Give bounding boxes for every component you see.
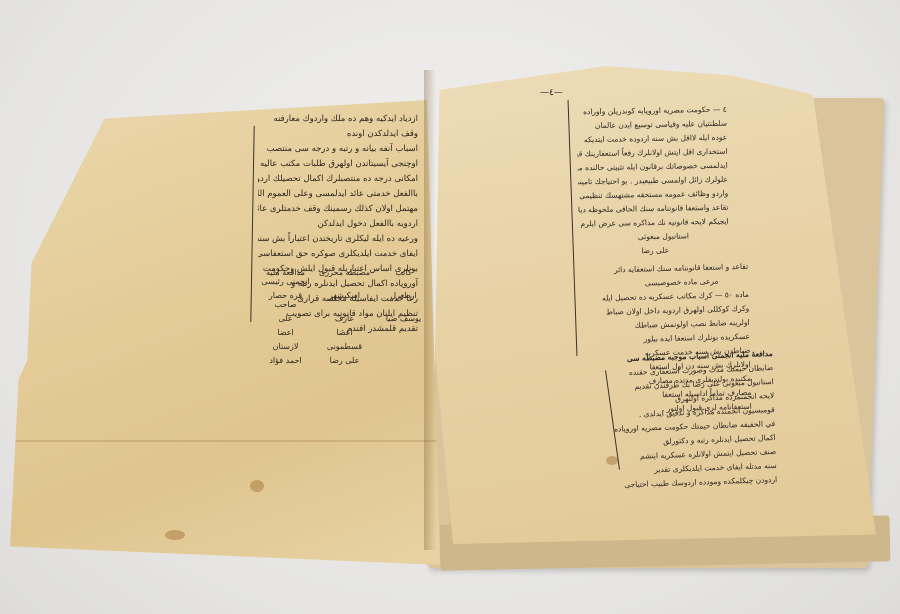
text-line: مهتمل اولان كذلك رسمينك وقف خدمتلرى عائد… [258,202,418,217]
signature-line: على رضا [579,243,729,260]
signature-name: قره حصار صاحب [258,291,313,309]
text-line: وقف ايدلدكدن اونده [258,127,418,142]
signature-title: مدافعۀ مليه انجمنى رئيسى [258,268,313,286]
text-line: ورعيه ده ايله ليكلرى تاريخندن اعتباراً ب… [258,232,418,247]
stain [250,480,264,492]
signature-name: على [258,314,313,323]
text-line: ايفاى خدمت ايلديكلرى صوكره حق استعفاسى [258,247,418,262]
signature-name: عارف [317,314,372,323]
text-line: باالفعل خدمتى عائد ايدلمسى وعلى العموم ا… [258,187,418,202]
signature-title: كاتب [376,268,431,286]
signature-name: احمد فؤاد [258,356,313,365]
text-line: اسباب آنفه بيانه و رتبه و درجه سى منتصب [258,142,418,157]
signature-name [376,328,431,337]
signature-name: يوسف ضيا [376,314,431,323]
signature-name: ارطغرل [376,291,431,309]
stain [165,530,185,540]
left-page-signatures: كاتب مضبطه محررى مدافعۀ مليه انجمنى رئيس… [258,268,431,365]
right-page-section-3: مدافعۀ مليه انجمنى اسباب موجبه مضبطه سى … [598,347,778,493]
signature-name [376,342,431,351]
right-page-section-1: ٤ — حكومت مصريه اوروپايه كوندريلن واوراد… [577,103,730,260]
signature-name: اعضا [317,328,372,337]
signature-name: اسكيشهر [317,291,372,309]
signature-name: اعضا [258,328,313,337]
signature-name: على رضا [317,356,372,365]
signature-name: قسطمونى [317,342,372,351]
text-line: امكانى درجه ده منتصبلرك اكمال تحصيلك ارد… [258,172,418,187]
text-line: ايجيكم لايحه قانونيه نك مذاكره سى عرض اي… [579,215,729,232]
text-line: اردويه باالفعل دخول ايدلدكن [258,217,418,232]
text-line: علولرك زائل اولمسى طبيعيدر . بو احتياجك … [578,173,728,190]
signature-name [376,356,431,365]
text-line: ازدياد ايدكيه وهم ده ملك واردوك معارفنه [258,112,418,127]
page-number: —٤— [540,88,563,98]
signature-title: مضبطه محررى [317,268,372,286]
text-line: اوچنجى آيسيتاندن اولهرق طلبات مكتب عاليه… [258,157,418,172]
signature-name: لازستان [258,342,313,351]
